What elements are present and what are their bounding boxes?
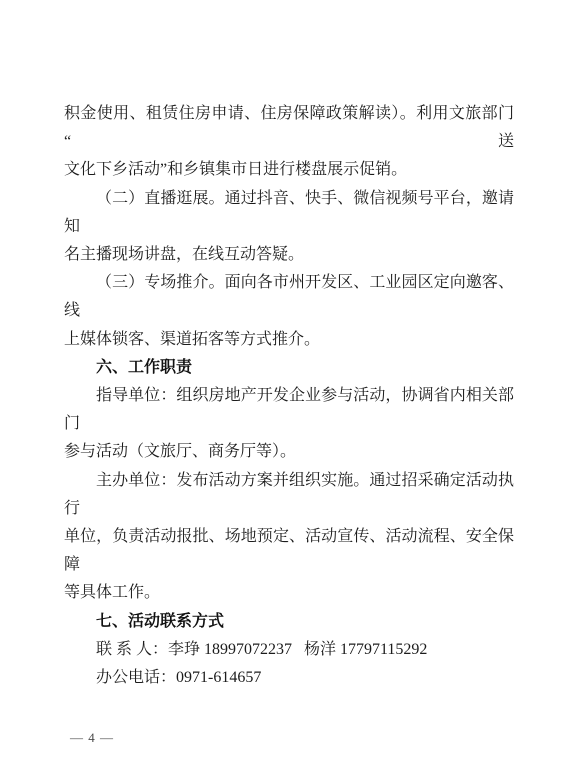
text-line: （二）直播逛展。通过抖音、快手、微信视频号平台，邀请知 [64, 185, 514, 241]
text-line: 上媒体锁客、渠道拓客等方式推介。 [64, 326, 514, 354]
document-body: 积金使用、租赁住房申请、住房保障政策解读）。利用文旅部门“送文化下乡活动”和乡镇… [64, 100, 514, 692]
paragraph: 积金使用、租赁住房申请、住房保障政策解读）。利用文旅部门“送文化下乡活动”和乡镇… [64, 100, 514, 185]
section-heading: 七、活动联系方式 [64, 608, 514, 636]
text-line: （三）专场推介。面向各市州开发区、工业园区定向邀客、线 [64, 269, 514, 325]
paragraph: （二）直播逛展。通过抖音、快手、微信视频号平台，邀请知名主播现场讲盘，在线互动答… [64, 185, 514, 270]
document-page: 积金使用、租赁住房申请、住房保障政策解读）。利用文旅部门“送文化下乡活动”和乡镇… [0, 0, 575, 776]
page-footer: — 4 — [70, 730, 114, 746]
text-line: 七、活动联系方式 [64, 608, 514, 636]
text-line: 名主播现场讲盘，在线互动答疑。 [64, 241, 514, 269]
text-line: 主办单位：发布活动方案并组织实施。通过招采确定活动执行 [64, 467, 514, 523]
section-heading: 六、工作职责 [64, 354, 514, 382]
text-line: 单位，负责活动报批、场地预定、活动宣传、活动流程、安全保障 [64, 523, 514, 579]
text-line: 参与活动（文旅厅、商务厅等）。 [64, 438, 514, 466]
text-line: 联 系 人：李琤 18997072237 杨洋 17797115292 [64, 636, 514, 664]
paragraph: 指导单位：组织房地产开发企业参与活动，协调省内相关部门参与活动（文旅厅、商务厅等… [64, 382, 514, 467]
text-line: 文化下乡活动”和乡镇集市日进行楼盘展示促销。 [64, 156, 514, 184]
text-line: 六、工作职责 [64, 354, 514, 382]
paragraph: 办公电话：0971-614657 [64, 664, 514, 692]
text-line: 等具体工作。 [64, 579, 514, 607]
paragraph: 联 系 人：李琤 18997072237 杨洋 17797115292 [64, 636, 514, 664]
text-line: 积金使用、租赁住房申请、住房保障政策解读）。利用文旅部门“送 [64, 100, 514, 156]
page-number: — 4 — [70, 730, 114, 745]
text-line: 指导单位：组织房地产开发企业参与活动，协调省内相关部门 [64, 382, 514, 438]
paragraph: （三）专场推介。面向各市州开发区、工业园区定向邀客、线上媒体锁客、渠道拓客等方式… [64, 269, 514, 354]
paragraph: 主办单位：发布活动方案并组织实施。通过招采确定活动执行单位，负责活动报批、场地预… [64, 467, 514, 608]
text-line: 办公电话：0971-614657 [64, 664, 514, 692]
